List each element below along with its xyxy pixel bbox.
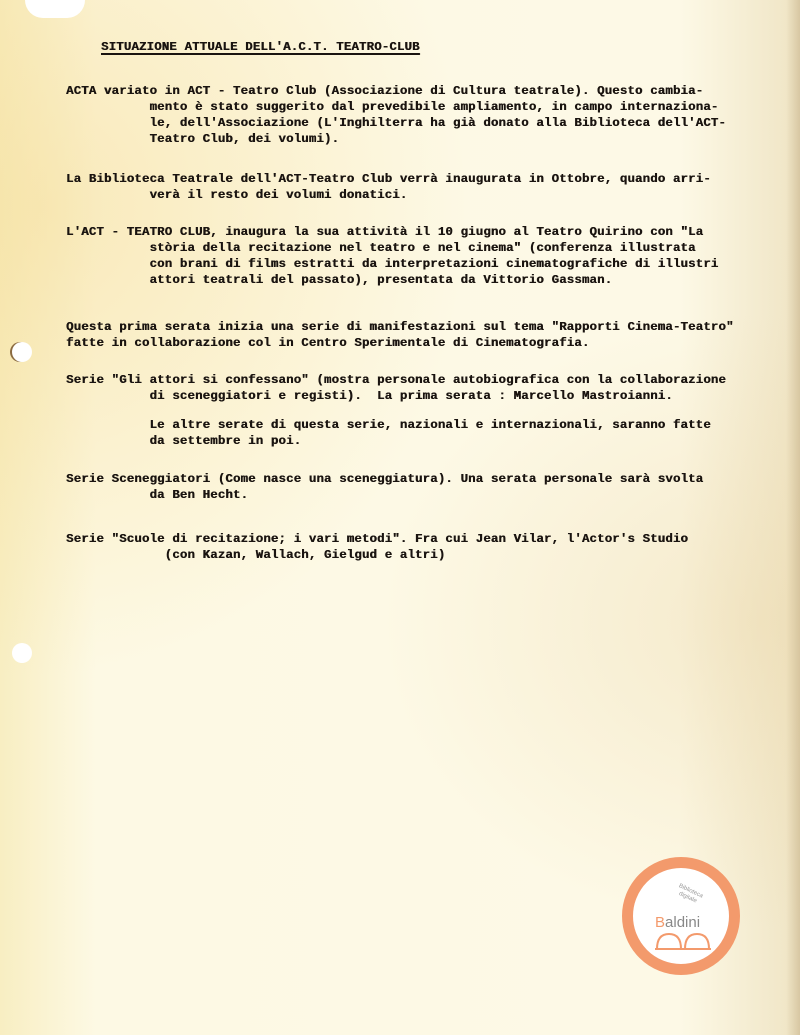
paragraph-line: le, dell'Associazione (L'Inghilterra ha … bbox=[66, 116, 726, 131]
paragraph-line: Serie "Gli attori si confessano" (mostra… bbox=[66, 373, 726, 388]
paragraph-line: verà il resto dei volumi donatici. bbox=[66, 188, 407, 203]
baldini-library-logo: Biblioteca digitale Baldini bbox=[622, 857, 740, 975]
paragraph-line: ACTA variato in ACT - Teatro Club (Assoc… bbox=[66, 84, 703, 99]
punch-hole bbox=[12, 643, 32, 663]
paragraph-line: Serie "Scuole di recitazione; i vari met… bbox=[66, 532, 688, 547]
paragraph-line: Le altre serate di questa serie, naziona… bbox=[66, 418, 711, 433]
paragraph-line: Questa prima serata inizia una serie di … bbox=[66, 320, 734, 335]
punch-hole bbox=[12, 342, 32, 362]
paragraph-line: con brani di films estratti da interpret… bbox=[66, 257, 718, 272]
paragraph-line: stòria della recitazione nel teatro e ne… bbox=[66, 241, 696, 256]
torn-corner bbox=[25, 0, 85, 18]
open-book-icon bbox=[655, 932, 711, 950]
paragraph-line: di sceneggiatori e registi). La prima se… bbox=[66, 389, 673, 404]
document-title: SITUAZIONE ATTUALE DELL'A.C.T. TEATRO-CL… bbox=[101, 40, 420, 55]
paragraph-line: Serie Sceneggiatori (Come nasce una scen… bbox=[66, 472, 703, 487]
paragraph-line: (con Kazan, Wallach, Gielgud e altri) bbox=[66, 548, 445, 563]
logo-subtitle: Biblioteca digitale bbox=[668, 880, 710, 910]
paragraph-line: La Biblioteca Teatrale dell'ACT-Teatro C… bbox=[66, 172, 711, 187]
paragraph-line: mento è stato suggerito dal prevedibile … bbox=[66, 100, 718, 115]
paragraph-line: attori teatrali del passato), presentata… bbox=[66, 273, 612, 288]
paragraph-line: Teatro Club, dei volumi). bbox=[66, 132, 339, 147]
paragraph-line: da Ben Hecht. bbox=[66, 488, 248, 503]
paragraph-line: L'ACT - TEATRO CLUB, inaugura la sua att… bbox=[66, 225, 703, 240]
page-edge-shadow bbox=[786, 0, 800, 1035]
paragraph-line: da settembre in poi. bbox=[66, 434, 301, 449]
logo-name: Baldini bbox=[655, 914, 700, 931]
paragraph-line: fatte in collaborazione col in Centro Sp… bbox=[66, 336, 589, 351]
